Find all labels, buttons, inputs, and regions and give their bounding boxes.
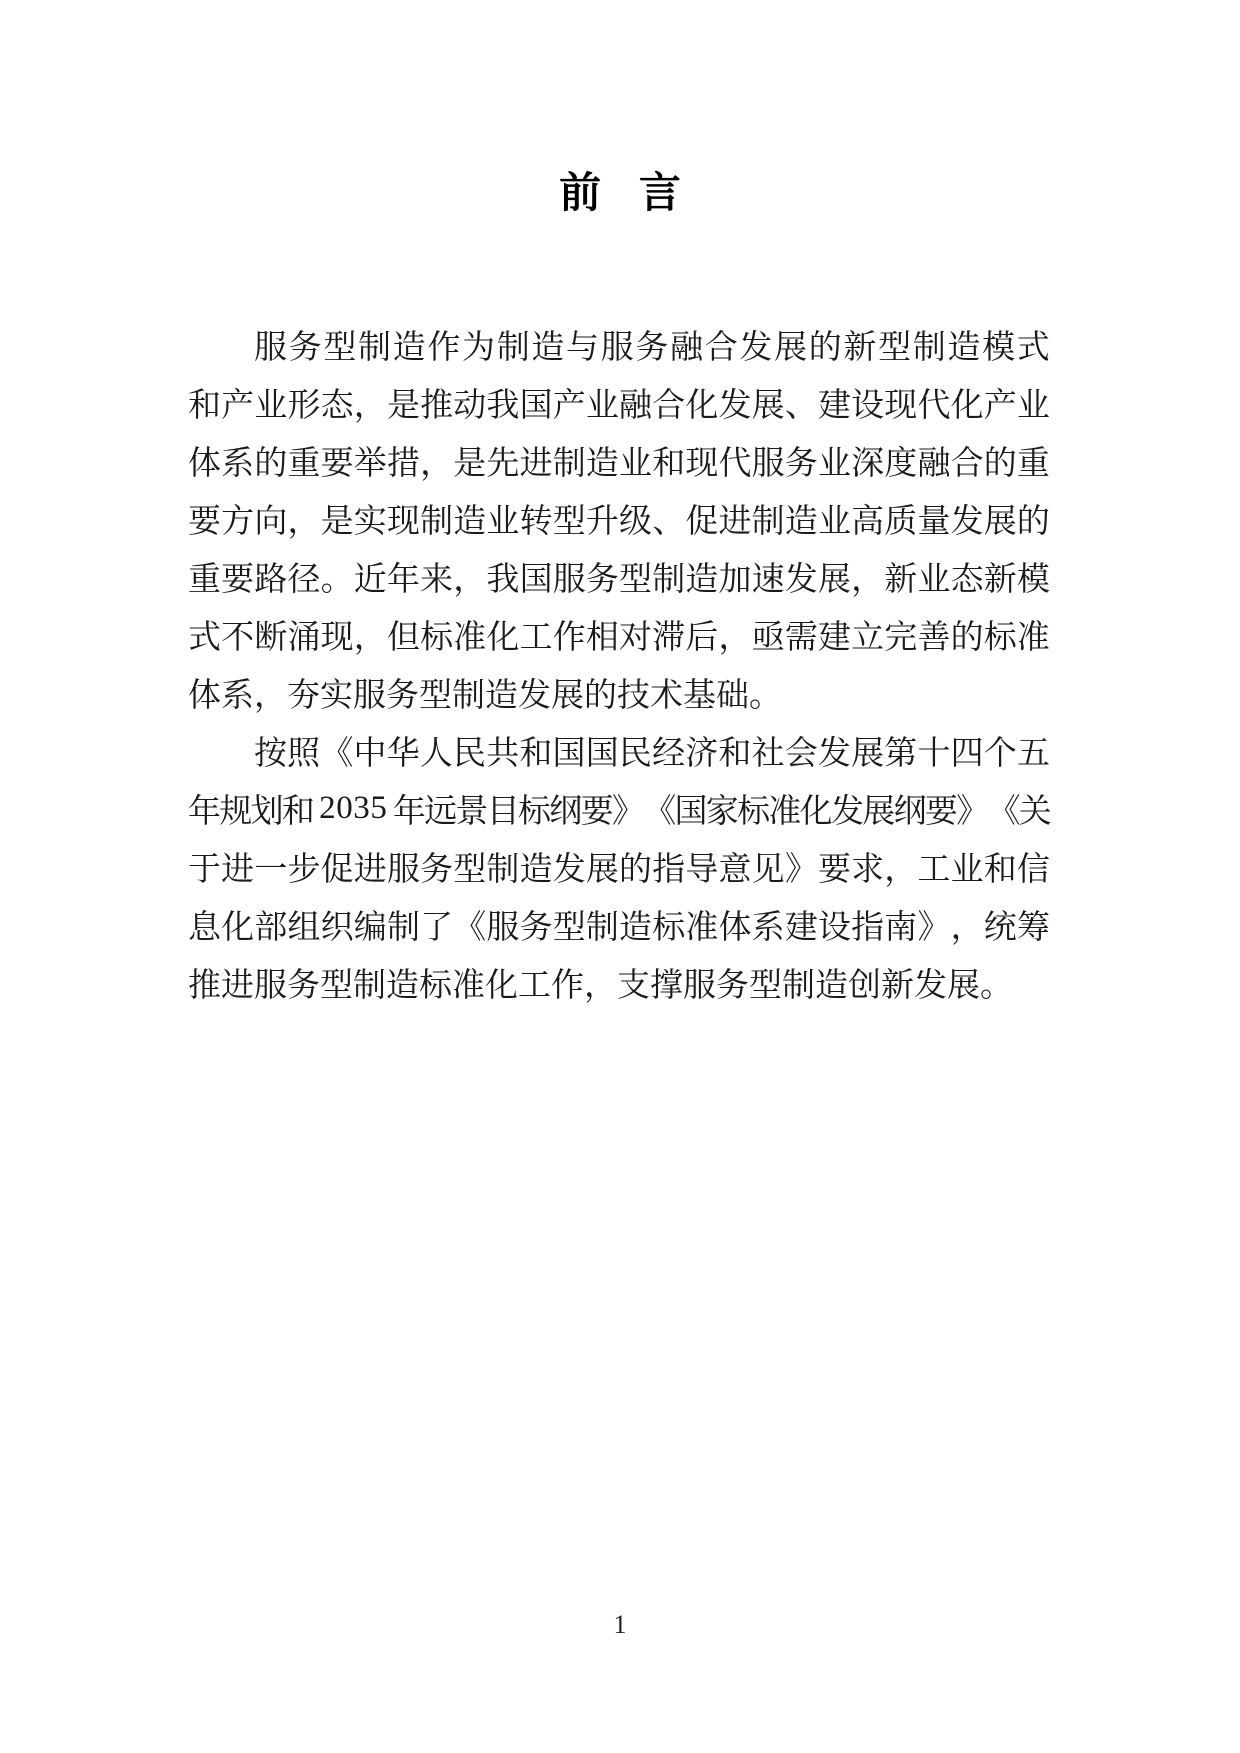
glyph: 务 [716, 959, 749, 1006]
glyph: 我 [486, 553, 519, 600]
glyph: 型 [323, 321, 356, 368]
glyph: 工 [520, 611, 553, 658]
glyph: 业 [586, 379, 619, 426]
glyph: 基 [683, 669, 716, 716]
glyph: 型 [419, 669, 452, 716]
glyph: 型 [749, 959, 782, 1006]
glyph: 和 [718, 727, 751, 774]
glyph: 制 [353, 959, 386, 1006]
text-line: 式不断涌现，但标准化工作相对滞后，亟需建立完善的标准 [188, 605, 1050, 663]
glyph: 服 [254, 321, 287, 368]
glyph: 业 [818, 495, 851, 542]
glyph: 制 [913, 321, 946, 368]
glyph: 撑 [650, 959, 683, 1006]
glyph: 量 [917, 495, 950, 542]
glyph: 重 [287, 437, 320, 484]
glyph: 见 [752, 843, 785, 890]
glyph: 制 [452, 669, 485, 716]
glyph: 0 [336, 790, 353, 827]
glyph: 高 [851, 495, 884, 542]
glyph: 国 [674, 785, 705, 832]
glyph: 共 [486, 727, 519, 774]
glyph: 工 [518, 959, 551, 1006]
glyph: 制 [497, 321, 530, 368]
glyph: 标 [518, 785, 549, 832]
glyph: 。 [749, 669, 782, 716]
glyph: 展 [752, 379, 785, 426]
glyph: 发 [951, 495, 984, 542]
glyph: ， [420, 437, 453, 484]
glyph: 设 [818, 901, 851, 948]
glyph: 服 [752, 437, 785, 484]
glyph: 系 [221, 437, 254, 484]
glyph: 务 [586, 553, 619, 600]
glyph: 术 [650, 669, 683, 716]
glyph: 式 [1017, 321, 1050, 368]
glyph: 断 [254, 611, 287, 658]
glyph: 作 [553, 611, 586, 658]
glyph: 后 [685, 611, 718, 658]
glyph: 立 [851, 611, 884, 658]
glyph: 服 [683, 959, 716, 1006]
glyph: 推 [188, 959, 221, 1006]
page-title: 前 言 [0, 170, 1240, 216]
glyph: 态 [321, 379, 354, 426]
glyph: 举 [354, 437, 387, 484]
glyph: 发 [518, 669, 551, 716]
glyph: 形 [287, 379, 320, 426]
glyph: 四 [951, 727, 984, 774]
glyph: 。 [321, 553, 354, 600]
glyph: 创 [848, 959, 881, 1006]
glyph: 的 [809, 321, 842, 368]
glyph: 合 [951, 437, 984, 484]
glyph: 造 [947, 321, 980, 368]
glyph: 目 [487, 785, 518, 832]
text-line: 按照《中华人民共和国国民经济和社会发展第十四个五 [188, 721, 1050, 779]
glyph: 国 [553, 727, 586, 774]
glyph: 务 [635, 321, 668, 368]
glyph: 一 [254, 843, 287, 890]
glyph: 务 [520, 901, 553, 948]
glyph: 准 [685, 901, 718, 948]
glyph: 体 [719, 901, 752, 948]
glyph: ， [287, 495, 320, 542]
glyph: 要 [818, 843, 851, 890]
glyph: 产 [984, 379, 1017, 426]
glyph: 制 [387, 901, 420, 948]
glyph: 化 [221, 901, 254, 948]
text-line: 推进服务型制造标准化工作，支撑服务型制造创新发展。 [188, 953, 1050, 1011]
glyph: 化 [951, 379, 984, 426]
glyph: 华 [387, 727, 420, 774]
glyph: 制 [358, 321, 391, 368]
glyph: 是 [387, 379, 420, 426]
glyph: 了 [420, 901, 453, 948]
glyph: 但 [387, 611, 420, 658]
glyph: 筹 [1017, 901, 1050, 948]
glyph: 推 [420, 379, 453, 426]
glyph: 指 [851, 901, 884, 948]
glyph: 建 [818, 379, 851, 426]
glyph: 南 [884, 901, 917, 948]
glyph: 不 [221, 611, 254, 658]
glyph: 进 [354, 843, 387, 890]
glyph: 织 [321, 901, 354, 948]
glyph: 要 [321, 437, 354, 484]
glyph: 新 [984, 553, 1017, 600]
glyph: 础 [716, 669, 749, 716]
glyph: 现 [685, 437, 718, 484]
glyph: 重 [1017, 437, 1050, 484]
glyph: 融 [619, 379, 652, 426]
glyph: 造 [520, 843, 553, 890]
glyph: 建 [785, 901, 818, 948]
glyph: 造 [685, 553, 718, 600]
glyph: 第 [884, 727, 917, 774]
glyph: 关 [1019, 785, 1050, 832]
glyph: 制 [652, 553, 685, 600]
glyph: 造 [393, 321, 426, 368]
glyph: 服 [387, 843, 420, 890]
glyph: 会 [785, 727, 818, 774]
glyph: 滞 [652, 611, 685, 658]
glyph: 统 [984, 901, 1017, 948]
glyph: 规 [219, 785, 250, 832]
glyph: 业 [951, 843, 984, 890]
glyph: 现 [387, 495, 420, 542]
glyph: 动 [453, 379, 486, 426]
glyph: 《 [643, 785, 674, 832]
glyph: 《 [453, 901, 486, 948]
glyph: 与 [566, 321, 599, 368]
glyph: 意 [719, 843, 752, 890]
glyph: ， [584, 959, 617, 1006]
glyph: 息 [188, 901, 221, 948]
glyph: 制 [553, 437, 586, 484]
glyph: 家 [706, 785, 737, 832]
glyph: 展 [551, 669, 584, 716]
glyph: 模 [1017, 553, 1050, 600]
glyph: 化 [486, 611, 519, 658]
glyph: 型 [453, 843, 486, 890]
glyph: 设 [851, 379, 884, 426]
glyph: 、 [785, 379, 818, 426]
glyph: 化 [685, 379, 718, 426]
glyph: 措 [387, 437, 420, 484]
glyph: 展 [862, 785, 893, 832]
glyph: 产 [553, 379, 586, 426]
glyph: 夯 [287, 669, 320, 716]
glyph: 划 [251, 785, 282, 832]
glyph: 个 [984, 727, 1017, 774]
glyph: 现 [884, 379, 917, 426]
glyph: 造 [386, 959, 419, 1006]
glyph: 善 [917, 611, 950, 658]
glyph: 十 [917, 727, 950, 774]
glyph: 展 [947, 959, 980, 1006]
glyph: 造 [485, 669, 518, 716]
glyph: 的 [584, 669, 617, 716]
glyph: 工 [917, 843, 950, 890]
glyph: 型 [878, 321, 911, 368]
glyph: 年 [393, 785, 424, 832]
glyph: 5 [370, 790, 387, 827]
glyph: 对 [619, 611, 652, 658]
glyph: ， [354, 611, 387, 658]
glyph: 发 [553, 843, 586, 890]
glyph: 《 [320, 727, 353, 774]
text-line: 服务型制造作为制造与服务融合发展的新型制造模式 [188, 315, 1050, 373]
glyph: 我 [486, 379, 519, 426]
glyph: 级 [619, 495, 652, 542]
glyph: 发 [785, 553, 818, 600]
glyph: 和 [519, 727, 552, 774]
glyph: 信 [1017, 843, 1050, 890]
glyph: 》 [612, 785, 643, 832]
glyph: 展 [774, 321, 807, 368]
glyph: 完 [884, 611, 917, 658]
glyph: 和 [652, 437, 685, 484]
text-line: 重要路径。近年来，我国服务型制造加速发展，新业态新模 [188, 547, 1050, 605]
glyph: 要 [581, 785, 612, 832]
text-line: 和产业形态，是推动我国产业融合化发展、建设现代化产业 [188, 373, 1050, 431]
glyph: 制 [586, 901, 619, 948]
glyph: 造 [785, 495, 818, 542]
glyph: 涌 [287, 611, 320, 658]
glyph: 3 [353, 790, 370, 827]
glyph: 社 [752, 727, 785, 774]
glyph: 纲 [894, 785, 925, 832]
glyph: 发 [719, 379, 752, 426]
glyph: 服 [353, 669, 386, 716]
glyph: 国 [520, 553, 553, 600]
glyph: 展 [984, 495, 1017, 542]
glyph: 造 [586, 437, 619, 484]
glyph: 先 [486, 437, 519, 484]
glyph: 升 [586, 495, 619, 542]
glyph: 、 [652, 495, 685, 542]
glyph: 造 [531, 321, 564, 368]
glyph: 五 [1017, 727, 1050, 774]
glyph: 和 [282, 785, 313, 832]
glyph: 作 [551, 959, 584, 1006]
glyph: 务 [287, 959, 320, 1006]
glyph: 造 [815, 959, 848, 1006]
glyph: 服 [486, 901, 519, 948]
glyph: 代 [719, 437, 752, 484]
glyph: 服 [553, 553, 586, 600]
glyph: ， [884, 843, 917, 890]
glyph: 制 [782, 959, 815, 1006]
glyph: 服 [254, 959, 287, 1006]
glyph: ， [354, 379, 387, 426]
glyph: 要 [221, 553, 254, 600]
glyph: 经 [652, 727, 685, 774]
glyph: 准 [1017, 611, 1050, 658]
glyph: 态 [951, 553, 984, 600]
glyph: 。 [980, 959, 1013, 1006]
glyph: 体 [188, 437, 221, 484]
glyph: 民 [453, 727, 486, 774]
glyph: ， [851, 553, 884, 600]
glyph: 》 [917, 901, 950, 948]
glyph: 新 [884, 553, 917, 600]
glyph: 准 [452, 959, 485, 1006]
glyph: 于 [188, 843, 221, 890]
glyph: 是 [453, 437, 486, 484]
glyph: 务 [386, 669, 419, 716]
glyph: 需 [785, 611, 818, 658]
glyph: 路 [254, 553, 287, 600]
glyph: 新 [843, 321, 876, 368]
glyph: 发 [831, 785, 862, 832]
glyph: 中 [354, 727, 387, 774]
glyph: 型 [619, 553, 652, 600]
glyph: 标 [419, 959, 452, 1006]
glyph: 远 [424, 785, 455, 832]
glyph: 为 [462, 321, 495, 368]
glyph: 准 [768, 785, 799, 832]
glyph: 标 [984, 611, 1017, 658]
glyph: 年 [387, 553, 420, 600]
text-line: 年规划和 2035 年远景目标纲要》《国家标准化发展纲要》《关 [188, 779, 1050, 837]
glyph: 进 [221, 959, 254, 1006]
glyph: ， [719, 611, 752, 658]
glyph: 景 [455, 785, 486, 832]
glyph: 纲 [549, 785, 580, 832]
glyph: 发 [818, 727, 851, 774]
glyph: 相 [586, 611, 619, 658]
glyph: 向 [254, 495, 287, 542]
glyph: 部 [254, 901, 287, 948]
text-line: 要方向，是实现制造业转型升级、促进制造业高质量发展的 [188, 489, 1050, 547]
glyph: 融 [670, 321, 703, 368]
glyph: 业 [818, 437, 851, 484]
glyph: 人 [420, 727, 453, 774]
glyph: 编 [354, 901, 387, 948]
text-line: 于进一步促进服务型制造发展的指导意见》要求，工业和信 [188, 837, 1050, 895]
glyph: 和 [984, 843, 1017, 890]
glyph: 进 [520, 437, 553, 484]
glyph: 进 [221, 843, 254, 890]
glyph: 展 [851, 727, 884, 774]
glyph: 2 [319, 790, 336, 827]
glyph: 》 [956, 785, 987, 832]
glyph: 型 [553, 495, 586, 542]
glyph: 业 [619, 437, 652, 484]
glyph: 合 [705, 321, 738, 368]
glyph: 径 [287, 553, 320, 600]
glyph: 按 [254, 727, 287, 774]
glyph: 发 [739, 321, 772, 368]
glyph: 技 [617, 669, 650, 716]
glyph: 是 [321, 495, 354, 542]
glyph: 和 [188, 379, 221, 426]
glyph: 重 [188, 553, 221, 600]
text-line: 体系，夯实服务型制造发展的技术基础。 [188, 663, 1050, 721]
glyph: 促 [321, 843, 354, 890]
glyph: 支 [617, 959, 650, 1006]
glyph: 济 [685, 727, 718, 774]
glyph: 实 [354, 495, 387, 542]
glyph: 导 [685, 843, 718, 890]
glyph: 的 [1017, 495, 1050, 542]
glyph: ， [951, 901, 984, 948]
glyph: 型 [553, 901, 586, 948]
glyph: 新 [881, 959, 914, 1006]
glyph: 要 [925, 785, 956, 832]
preface-body: 服务型制造作为制造与服务融合发展的新型制造模式和产业形态，是推动我国产业融合化发… [188, 315, 1050, 1011]
glyph: 要 [188, 495, 221, 542]
glyph: 标 [737, 785, 768, 832]
glyph: 化 [800, 785, 831, 832]
glyph: 度 [884, 437, 917, 484]
glyph: 指 [652, 843, 685, 890]
glyph: 展 [586, 843, 619, 890]
glyph: 标 [652, 901, 685, 948]
glyph: 实 [320, 669, 353, 716]
glyph: 系 [221, 669, 254, 716]
glyph: 的 [254, 437, 287, 484]
glyph: 制 [486, 843, 519, 890]
glyph: 务 [785, 437, 818, 484]
glyph: 组 [287, 901, 320, 948]
glyph: 年 [188, 785, 219, 832]
glyph: 来 [420, 553, 453, 600]
glyph: 的 [951, 611, 984, 658]
glyph: 方 [221, 495, 254, 542]
glyph: 求 [851, 843, 884, 890]
glyph: 促 [685, 495, 718, 542]
glyph: 质 [884, 495, 917, 542]
glyph: 产 [221, 379, 254, 426]
glyph: 作 [427, 321, 460, 368]
glyph: 式 [188, 611, 221, 658]
glyph: 制 [752, 495, 785, 542]
glyph: 《 [987, 785, 1018, 832]
glyph: 业 [254, 379, 287, 426]
glyph: 标 [420, 611, 453, 658]
text-line: 息化部组织编制了《服务型制造标准体系建设指南》，统筹 [188, 895, 1050, 953]
text-line: 体系的重要举措，是先进制造业和现代服务业深度融合的重 [188, 431, 1050, 489]
glyph: 速 [752, 553, 785, 600]
glyph: 展 [818, 553, 851, 600]
glyph: 的 [984, 437, 1017, 484]
glyph: 化 [485, 959, 518, 1006]
glyph: 造 [619, 901, 652, 948]
glyph: ， [254, 669, 287, 716]
glyph: 》 [785, 843, 818, 890]
glyph: 照 [287, 727, 320, 774]
glyph: ， [453, 553, 486, 600]
glyph: 加 [719, 553, 752, 600]
page-number: 1 [0, 1608, 1240, 1642]
glyph: 国 [520, 379, 553, 426]
glyph: 融 [917, 437, 950, 484]
glyph: 型 [320, 959, 353, 1006]
glyph: 模 [982, 321, 1015, 368]
glyph: 务 [420, 843, 453, 890]
glyph: 系 [752, 901, 785, 948]
glyph: 深 [851, 437, 884, 484]
glyph: 民 [619, 727, 652, 774]
glyph: 业 [1017, 379, 1050, 426]
glyph: 进 [719, 495, 752, 542]
glyph: 建 [818, 611, 851, 658]
glyph: 业 [486, 495, 519, 542]
glyph: 体 [188, 669, 221, 716]
